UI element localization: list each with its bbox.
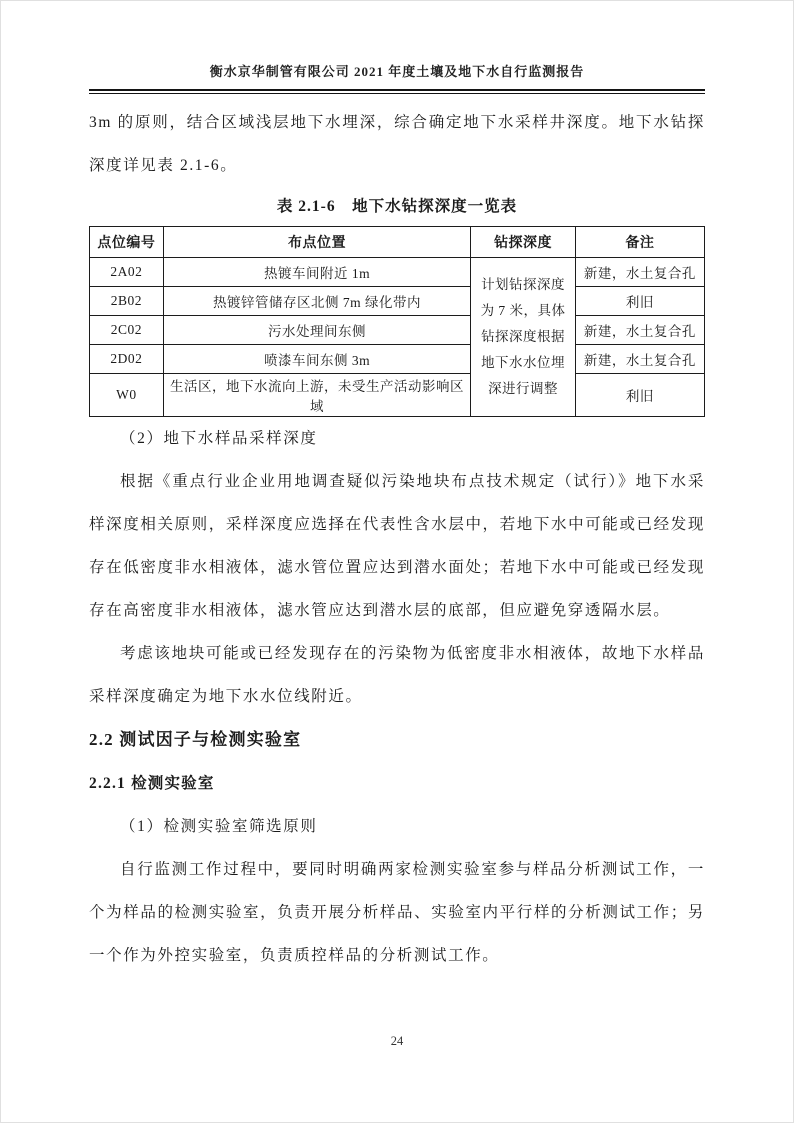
document-page: 衡水京华制管有限公司 2021 年度土壤及地下水自行监测报告 3m 的原则，结合… — [0, 0, 794, 1123]
cell-depth-note-merged: 计划钻探深度为 7 米，具体钻探深度根据地下水水位埋深进行调整 — [471, 258, 576, 417]
drilling-depth-table: 点位编号 布点位置 钻探深度 备注 2A02 热镀车间附近 1m 计划钻探深度为… — [89, 226, 705, 417]
table-row: 2B02 热镀锌管储存区北侧 7m 绿化带内 利旧 — [90, 287, 705, 316]
cell-point-id: 2D02 — [90, 345, 164, 374]
cell-location: 喷漆车间东侧 3m — [163, 345, 471, 374]
cell-location: 污水处理间东侧 — [163, 316, 471, 345]
paragraph-sampling-depth: 根据《重点行业企业用地调查疑似污染地块布点技术规定（试行）》地下水采样深度相关原… — [89, 460, 705, 632]
cell-point-id: W0 — [90, 374, 164, 417]
paragraph-labs: 自行监测工作过程中，要同时明确两家检测实验室参与样品分析测试工作，一个为样品的检… — [89, 848, 705, 977]
cell-remark: 新建，水土复合孔 — [575, 258, 704, 287]
column-header-remark: 备注 — [575, 227, 704, 258]
report-header-title: 衡水京华制管有限公司 2021 年度土壤及地下水自行监测报告 — [1, 1, 793, 80]
item-2-heading: （2）地下水样品采样深度 — [89, 417, 705, 460]
header-double-rule — [89, 89, 705, 94]
table-header-row: 点位编号 布点位置 钻探深度 备注 — [90, 227, 705, 258]
column-header-location: 布点位置 — [163, 227, 471, 258]
table-row: W0 生活区，地下水流向上游，未受生产活动影响区域 利旧 — [90, 374, 705, 417]
section-heading-2-2: 2.2 测试因子与检测实验室 — [89, 718, 705, 762]
cell-location: 热镀锌管储存区北侧 7m 绿化带内 — [163, 287, 471, 316]
page-content: 3m 的原则，结合区域浅层地下水埋深，综合确定地下水采样井深度。地下水钻探深度详… — [89, 101, 705, 977]
table-row: 2A02 热镀车间附近 1m 计划钻探深度为 7 米，具体钻探深度根据地下水水位… — [90, 258, 705, 287]
cell-remark: 新建，水土复合孔 — [575, 345, 704, 374]
cell-remark: 新建，水土复合孔 — [575, 316, 704, 345]
column-header-point-id: 点位编号 — [90, 227, 164, 258]
cell-point-id: 2A02 — [90, 258, 164, 287]
section-heading-2-2-1: 2.2.1 检测实验室 — [89, 762, 705, 805]
cell-point-id: 2B02 — [90, 287, 164, 316]
page-number: 24 — [1, 1034, 793, 1049]
cell-remark: 利旧 — [575, 287, 704, 316]
cell-remark: 利旧 — [575, 374, 704, 417]
cell-location: 生活区，地下水流向上游，未受生产活动影响区域 — [163, 374, 471, 417]
paragraph-intro: 3m 的原则，结合区域浅层地下水埋深，综合确定地下水采样井深度。地下水钻探深度详… — [89, 101, 705, 187]
table-caption: 表 2.1-6 地下水钻探深度一览表 — [89, 187, 705, 226]
column-header-depth: 钻探深度 — [471, 227, 576, 258]
cell-point-id: 2C02 — [90, 316, 164, 345]
table-row: 2D02 喷漆车间东侧 3m 新建，水土复合孔 — [90, 345, 705, 374]
paragraph-consideration: 考虑该地块可能或已经发现存在的污染物为低密度非水相液体，故地下水样品采样深度确定… — [89, 632, 705, 718]
table-row: 2C02 污水处理间东侧 新建，水土复合孔 — [90, 316, 705, 345]
cell-location: 热镀车间附近 1m — [163, 258, 471, 287]
item-1-heading: （1）检测实验室筛选原则 — [89, 805, 705, 848]
